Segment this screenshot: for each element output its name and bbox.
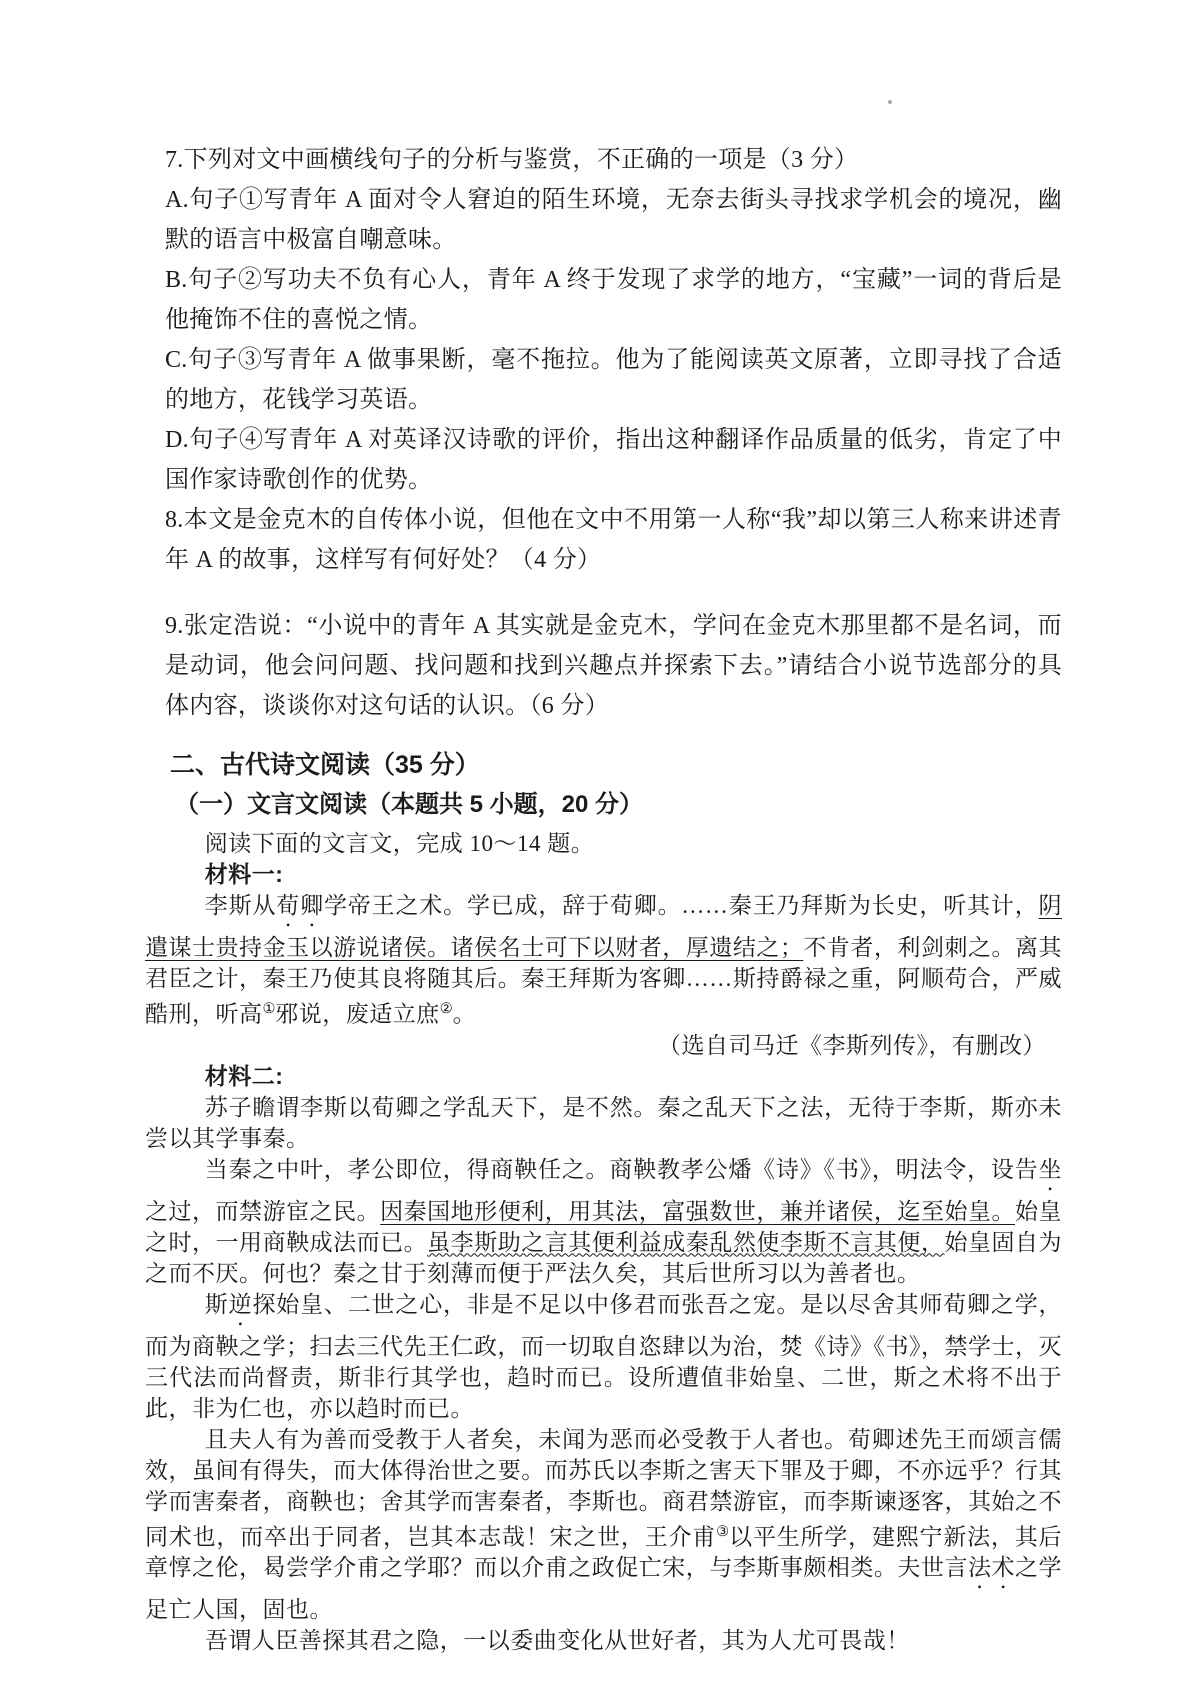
material-2-para-3: 斯逆探始皇、二世之心，非是不足以中侈君而张吾之宠。是以尽舍其师荀卿之学，而为商鞅… xyxy=(145,1289,1062,1424)
material-1-source: （选自司马迁《李斯列传》，有删改） xyxy=(145,1030,1062,1061)
passage-intro: 阅读下面的文言文，完成 10～14 题。 xyxy=(145,828,1062,859)
question-7-option-d: D.句子④写青年 A 对英译汉诗歌的评价，指出这种翻译作品质量的低劣，肯定了中国… xyxy=(165,420,1062,500)
material-1-label: 材料一: xyxy=(145,859,1062,890)
emphasized-text: 逆 xyxy=(229,1292,253,1317)
question-7-option-a: A.句子①写青年 A 面对令人窘迫的陌生环境，无奈去街头寻找求学机会的境况，幽默… xyxy=(165,180,1062,260)
question-9: 9.张定浩说：“小说中的青年 A 其实就是金克木，学问在金克木那里都不是名词，而… xyxy=(165,606,1062,726)
question-8: 8.本文是金克木的自传体小说，但他在文中不用第一人称“我”却以第三人称来讲述青年… xyxy=(165,500,1062,580)
modern-text-questions: 7.下列对文中画横线句子的分析与鉴赏，不正确的一项是（3 分） A.句子①写青年… xyxy=(165,140,1062,726)
material-2-label: 材料二: xyxy=(145,1061,1062,1092)
material-2-label-text: 材料二: xyxy=(205,1063,284,1089)
text-segment: 。 xyxy=(453,1002,477,1027)
underlined-text: 因秦国地形便利，用其法，富强数世，兼并诸侯，迄至始皇。 xyxy=(380,1199,1015,1224)
material-2-para-1: 苏子瞻谓李斯以荀卿之学乱天下，是不然。秦之乱天下之法，无待于李斯，斯亦未尝以其学… xyxy=(145,1092,1062,1154)
emphasized-text: 荀卿 xyxy=(276,893,324,918)
question-7-stem: 7.下列对文中画横线句子的分析与鉴赏，不正确的一项是（3 分） xyxy=(165,140,1062,180)
text-segment: 当秦之中叶，孝公即位，得商鞅任之。商鞅教孝公燔《诗》《书》，明法令，设告 xyxy=(205,1157,1039,1182)
text-segment: 斯 xyxy=(205,1292,229,1317)
scan-artifact-dot xyxy=(888,100,892,104)
question-7-option-c: C.句子③写青年 A 做事果断，毫不拖拉。他为了能阅读英文原著，立即寻找了合适的… xyxy=(165,340,1062,420)
exam-page: 7.下列对文中画横线句子的分析与鉴赏，不正确的一项是（3 分） A.句子①写青年… xyxy=(0,0,1200,1698)
material-2-para-4: 且夫人有为善而受教于人者矣，未闻为恶而必受教于人者也。荀卿述先王而颂言儒效，虽间… xyxy=(145,1424,1062,1626)
text-segment: 学帝王之术。学已成，辞于荀卿。……秦王乃拜斯为长史，听其计， xyxy=(324,893,1039,918)
emphasized-text: 法术 xyxy=(968,1555,1015,1580)
text-segment: 探始皇、二世之心，非是不足以中侈君而张吾之宠。是以尽舍其师荀卿之学，而为商鞅之学… xyxy=(145,1292,1062,1421)
footnote-ref-3: ③ xyxy=(716,1524,729,1540)
text-segment: 邪说，废适立庶 xyxy=(275,1002,440,1027)
emphasized-text: 坐 xyxy=(1039,1157,1063,1182)
subsection-1-heading: （一）文言文阅读（本题共 5 小题，20 分） xyxy=(175,786,1062,824)
text-segment: 李斯从 xyxy=(205,893,277,918)
wavy-underlined-text: 虽李斯助之言其便利益成秦乱然使李斯不言其便， xyxy=(427,1230,944,1255)
material-2-para-5: 吾谓人臣善探其君之隐，一以委曲变化从世好者，其为人尤可畏哉！ xyxy=(145,1625,1062,1656)
section-2-heading: 二、古代诗文阅读（35 分） xyxy=(170,744,1062,786)
text-segment: 之过，而禁游宦之民。 xyxy=(145,1199,380,1224)
material-1-label-text: 材料一: xyxy=(205,861,284,887)
question-7-option-b: B.句子②写功夫不负有心人，青年 A 终于发现了求学的地方，“宝藏”一词的背后是… xyxy=(165,260,1062,340)
footnote-ref-2: ② xyxy=(440,1001,453,1017)
material-1-text: 李斯从荀卿学帝王之术。学已成，辞于荀卿。……秦王乃拜斯为长史，听其计，阴遣谋士贵… xyxy=(145,890,1062,1030)
footnote-ref-1: ① xyxy=(263,1001,276,1017)
material-2-para-2: 当秦之中叶，孝公即位，得商鞅任之。商鞅教孝公燔《诗》《书》，明法令，设告坐之过，… xyxy=(145,1154,1062,1289)
